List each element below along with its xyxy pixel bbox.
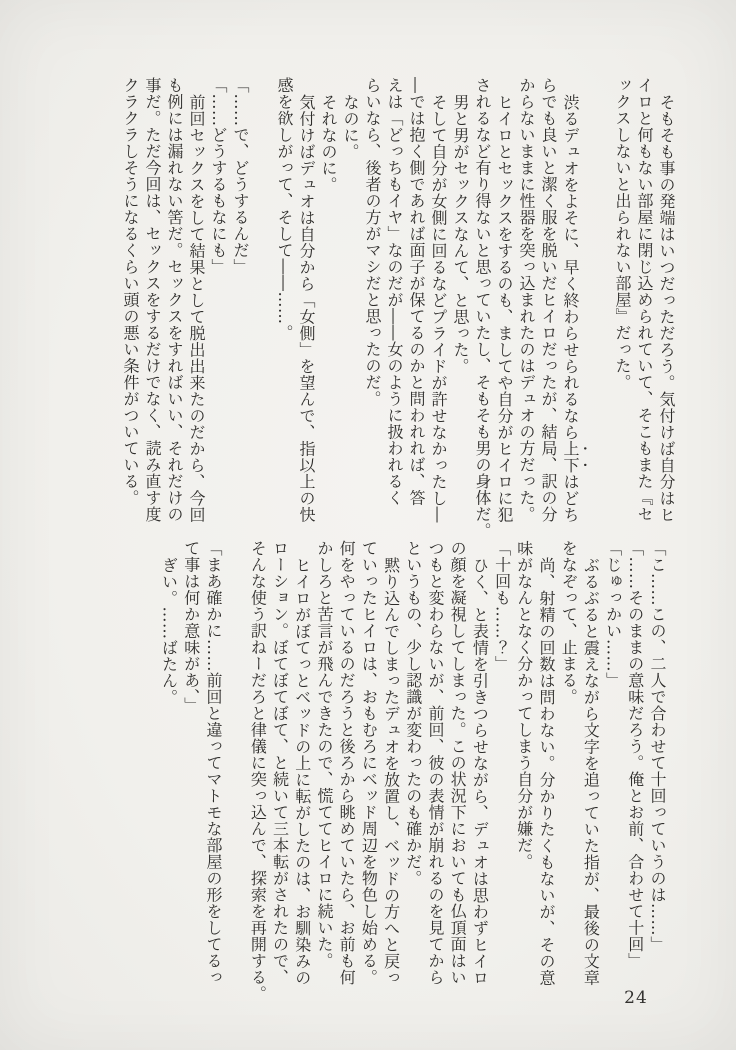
text-column: からないままに性器を突っ込まれたのはデュオの方だった。	[515, 77, 537, 523]
text-column: て事は何か意味があ、」	[180, 540, 202, 986]
text-column: されるなど有り得ないと思っていたし、そもそも男の身体だ。	[471, 77, 493, 523]
text-column: ヒイロがぼてっとベッドの上に転がしたのは、お馴染みの	[291, 540, 313, 1003]
text-column: イロと何もない部屋に閉じ込められていて、そこもまた『セ	[633, 77, 655, 523]
text-column: をなぞって、止まる。	[557, 540, 579, 986]
text-column: 渋るデュオをよそに、早く終わらせられるなら上下はどち	[559, 77, 589, 540]
text-column: ックスしないと出られない部屋』だった。	[611, 77, 633, 523]
novel-page: そもそも事の発端はいつだっただろう。気付けば自分はヒイロと何もない部屋に閉じ込め…	[0, 0, 736, 1050]
text-column: ぎい。……ばたん。	[157, 540, 179, 1003]
text-column: 「まあ確かに……前回と違ってマトモな部屋の形をしてるっ	[202, 540, 224, 986]
text-column: つもと変わらないが、前回、彼の表情が崩れるのを見てから	[424, 540, 446, 986]
text-column: ひく、と表情を引きつらせながら、デュオは思わずヒイロ	[468, 540, 490, 1003]
text-column: 尚、射精の回数は問わない。分かりたくもないが、その意	[535, 540, 557, 1003]
text-column: 感を欲しがって、そして――……。	[273, 77, 295, 523]
text-column: クラクラしそうになるくらい頭の悪い条件がついている。	[119, 77, 141, 523]
text-column: 「……どうするもなにも」	[207, 77, 229, 523]
text-column: えは「どっちもイヤ」なのだが――女のように扱われるく	[383, 77, 405, 523]
text-column: 「……そのままの意味だろう。俺とお前、合わせて十回」	[624, 540, 646, 986]
text-column: も例には漏れない筈だ。セックスをすればいい、それだけの	[163, 77, 185, 523]
text-column: 「十回も……？」	[490, 540, 512, 986]
text-column: らでも良いと潔く服を脱いだヒイロだったが、結局、訳の分	[537, 77, 559, 523]
text-column: そもそも事の発端はいつだっただろう。気付けば自分はヒ	[655, 77, 677, 540]
page-number: 24	[616, 988, 656, 1008]
text-column: 男と男がセックスなんて、と思った。	[449, 77, 471, 540]
text-column: の顔を凝視してしまった。この状況下においても仏頂面はい	[446, 540, 468, 986]
text-column: 黙り込んでしまったデュオを放置し、ベッドの方へと戻っ	[379, 540, 401, 1003]
text-column: 「こ……この、二人で合わせて十回っていうのは……」	[646, 540, 668, 986]
text-column: 「じゅっかい……」	[601, 540, 623, 986]
text-column: らいなら、後者の方がマシだと思ったのだ。	[361, 77, 383, 523]
text-column: ―では抱く側であれば面子が保てるのかと問われれば、答	[405, 77, 427, 523]
text-column: そんな使う訳ねーだろと律儀に突っ込んで、探索を再開する。	[246, 540, 268, 986]
text-column: 「……で、どうするんだ」	[229, 77, 251, 523]
text-column: かしろと苦言が飛んできたので、慌ててヒイロに続いた。	[313, 540, 335, 986]
text-column: ヒイロとセックスをするのも、ましてや自分がヒイロに犯	[493, 77, 515, 540]
text-column: ぶるぶると震えながら文字を追っていた指が、最後の文章	[579, 540, 601, 1003]
text-column: 何をやっているのだろうと後ろから眺めていたら、お前も何	[335, 540, 357, 986]
lower-text-block: 「こ……この、二人で合わせて十回っていうのは……」「……そのままの意味だろう。俺…	[157, 540, 668, 992]
upper-text-block: そもそも事の発端はいつだっただろう。気付けば自分はヒイロと何もない部屋に閉じ込め…	[119, 77, 677, 529]
text-column: それなのに。	[317, 77, 339, 540]
text-column: 前回セックスをして結果として脱出出来たのだから、今回	[185, 77, 207, 540]
text-column: というもの、少し認識が変わったのも確かだ。	[402, 540, 424, 986]
text-column: 事だ。ただ今回は、セックスをするだけでなく、読み直す度	[141, 77, 163, 523]
text-column: そして自分が女側に回るなどプライドが許せなかったし―	[427, 77, 449, 540]
emphasis-dots-text: 上下	[561, 441, 580, 474]
text-column: 味がなんとなく分かってしまう自分が嫌だ。	[513, 540, 535, 986]
text-column: 気付けばデュオは自分から「女側」を望んで、指以上の快	[295, 77, 317, 540]
text-column: ていったヒイロは、おもむろにベッド周辺を物色し始める。	[357, 540, 379, 986]
text-column: ローション。ぼてぼてぼて、と続いて三本転がされたので、	[268, 540, 290, 986]
text-column: なのに。	[339, 77, 361, 540]
